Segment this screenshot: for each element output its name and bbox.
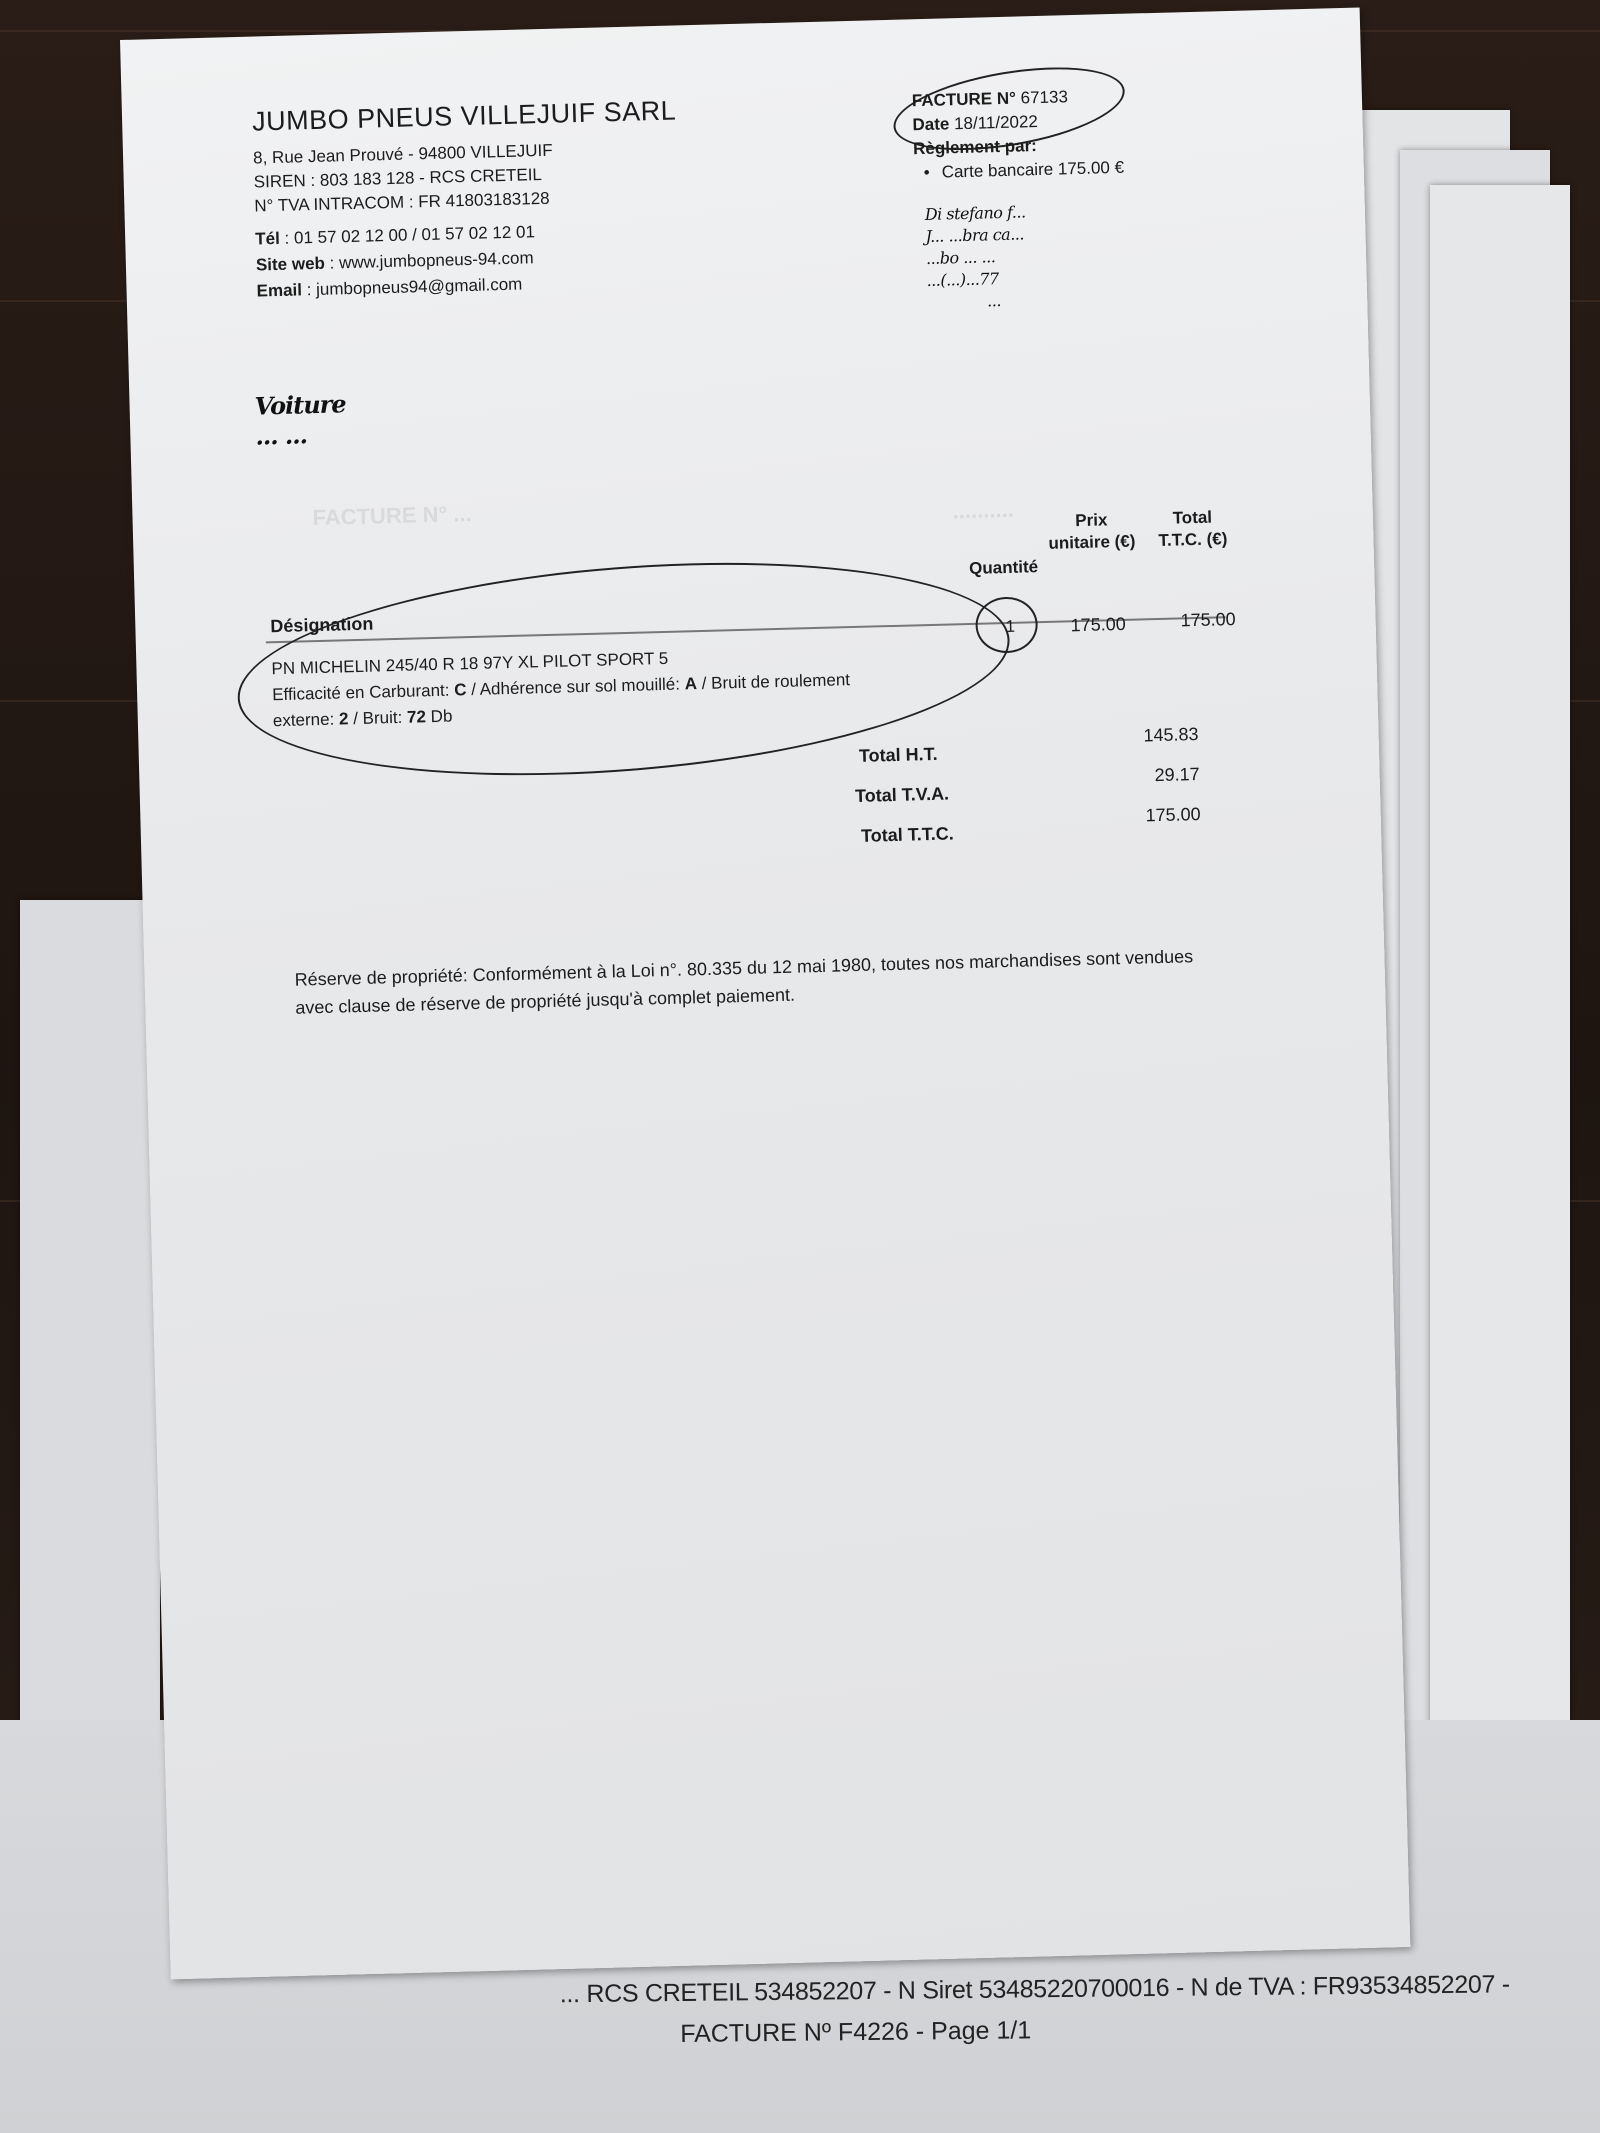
company-contact-block: Tél : 01 57 02 12 00 / 01 57 02 12 01 Si… — [255, 219, 537, 304]
retention-of-title-clause: Réserve de propriété: Conformément à la … — [294, 939, 1315, 1022]
total-ttc-label: Total T.T.C. — [861, 823, 954, 846]
item-quantity: 1 — [1005, 617, 1015, 637]
handwritten-vehicle-note: Voiture ... ... — [254, 389, 347, 451]
header-unit-price: Prix unitaire (€) — [1048, 509, 1136, 555]
total-ttc-value: 175.00 — [1080, 804, 1201, 828]
bleed-through-text: FACTURE N° ... — [312, 501, 472, 531]
handwritten-client-block: Di stefano f... J... ...bra ca... ...bo … — [925, 201, 1029, 314]
header-quantity: Quantité — [969, 556, 1039, 580]
back-sheet — [20, 900, 160, 1800]
company-name: JUMBO PNEUS VILLEJUIF SARL — [252, 95, 677, 137]
invoice-info: FACTURE N° 67133 Date 18/11/2022 Règleme… — [912, 84, 1125, 185]
bleed-through-text: .......... — [952, 497, 1014, 525]
total-tva-label: Total T.V.A. — [855, 784, 950, 807]
header-total: Total T.T.C. (€) — [1158, 506, 1228, 552]
total-ht-value: 145.83 — [1078, 724, 1199, 748]
invoice-sheet: FACTURE N° ... .......... JUMBO PNEUS VI… — [120, 8, 1410, 1980]
total-ht-label: Total H.T. — [859, 744, 938, 767]
item-unit-price: 175.00 — [1070, 614, 1126, 636]
back-sheet — [1430, 185, 1570, 1885]
underlying-sheet-footer: ... RCS CRETEIL 534852207 - N Siret 5348… — [560, 1970, 1561, 2050]
company-address-block: 8, Rue Jean Prouvé - 94800 VILLEJUIF SIR… — [253, 139, 554, 219]
payment-item: Carte bancaire 175.00 € — [913, 156, 1124, 185]
item-total: 175.00 — [1180, 609, 1236, 631]
total-tva-value: 29.17 — [1079, 764, 1200, 788]
